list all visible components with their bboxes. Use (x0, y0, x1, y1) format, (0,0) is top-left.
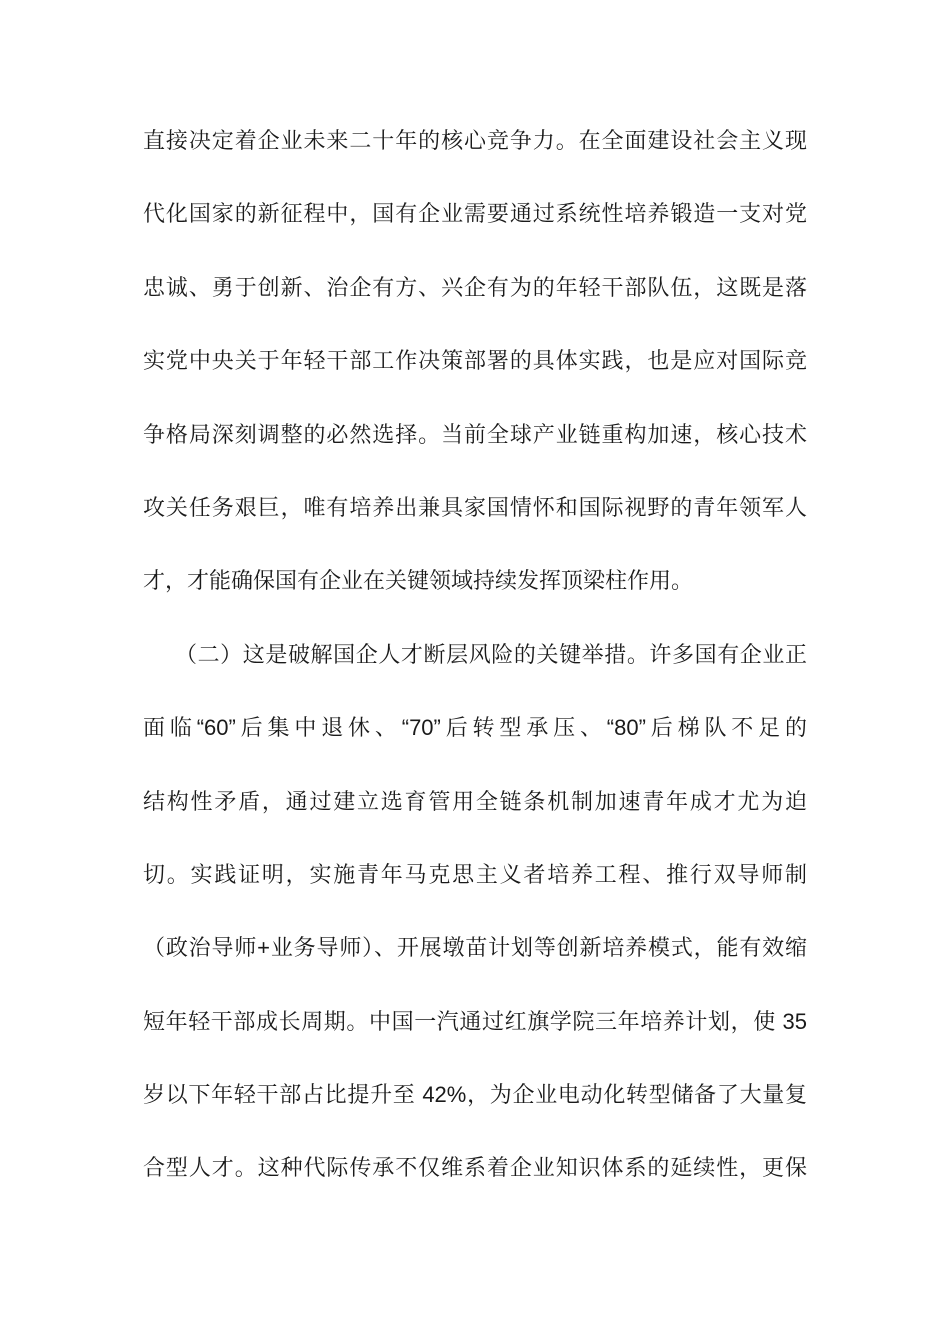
text-line: 实党中央关于年轻干部工作决策部署的具体实践，也是应对国际竞 (143, 324, 807, 397)
text-line: 面临“60”后集中退休、“70”后转型承压、“80”后梯队不足的 (143, 691, 807, 764)
text-line: 切。实践证明，实施青年马克思主义者培养工程、推行双导师制 (143, 838, 807, 911)
text-line: 岁以下年轻干部占比提升至 42%，为企业电动化转型储备了大量复 (143, 1058, 807, 1131)
text-line: 结构性矛盾，通过建立选育管用全链条机制加速青年成才尤为迫 (143, 765, 807, 838)
text-line-paragraph-end: 才，才能确保国有企业在关键领域持续发挥顶梁柱作用。 (143, 544, 807, 617)
text-line: 忠诚、勇于创新、治企有方、兴企有为的年轻干部队伍，这既是落 (143, 251, 807, 324)
text-line: 争格局深刻调整的必然选择。当前全球产业链重构加速，核心技术 (143, 398, 807, 471)
text-line: 攻关任务艰巨，唯有培养出兼具家国情怀和国际视野的青年领军人 (143, 471, 807, 544)
document-text-block: 直接决定着企业未来二十年的核心竞争力。在全面建设社会主义现 代化国家的新征程中，… (143, 104, 807, 1205)
text-line: 代化国家的新征程中，国有企业需要通过系统性培养锻造一支对党 (143, 177, 807, 250)
text-line: 短年轻干部成长周期。中国一汽通过红旗学院三年培养计划，使 35 (143, 985, 807, 1058)
text-line: 合型人才。这种代际传承不仅维系着企业知识体系的延续性，更保 (143, 1131, 807, 1204)
document-page: 直接决定着企业未来二十年的核心竞争力。在全面建设社会主义现 代化国家的新征程中，… (0, 0, 950, 1344)
text-line-paragraph-start: （二）这是破解国企人才断层风险的关键举措。许多国有企业正 (143, 618, 807, 691)
text-line: 直接决定着企业未来二十年的核心竞争力。在全面建设社会主义现 (143, 104, 807, 177)
text-line: （政治导师+业务导师）、开展墩苗计划等创新培养模式，能有效缩 (143, 911, 807, 984)
